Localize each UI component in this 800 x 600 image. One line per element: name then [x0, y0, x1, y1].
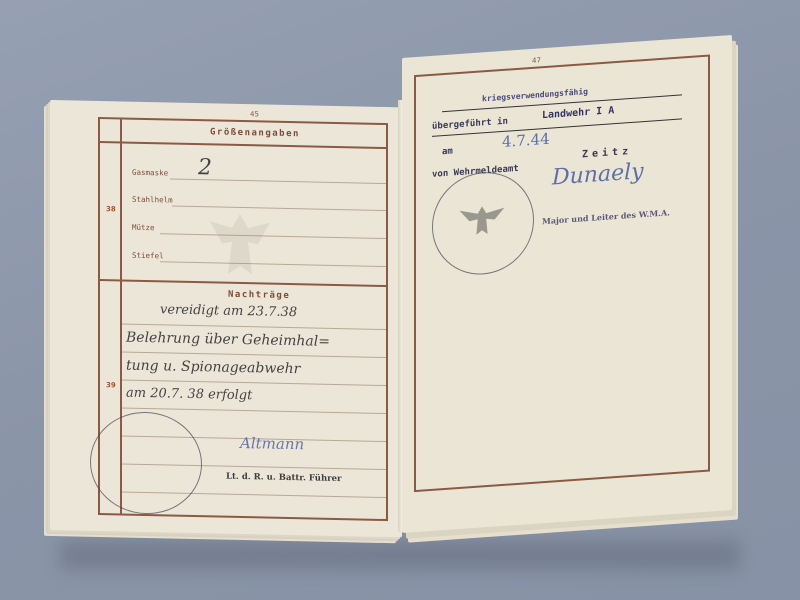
field-value: 2 — [198, 155, 212, 180]
stamp-date-label: am — [442, 146, 453, 157]
page-number: 47 — [532, 56, 541, 65]
field-label: Stahlhelm — [132, 195, 173, 205]
field-label: Gasmaske — [132, 168, 168, 178]
side-number: 39 — [106, 381, 116, 389]
handwritten-line: am 20.7. 38 erfolgt — [126, 386, 252, 404]
left-page: 45 Größenangaben Gasmaske 2 Stahlhelm 38… — [50, 100, 402, 537]
stamp-date-value: 4.7.44 — [502, 130, 550, 151]
eagle-watermark-icon — [200, 203, 280, 285]
page-number: 45 — [250, 110, 259, 118]
signature: Altmann — [240, 434, 304, 453]
field-label: Mütze — [132, 223, 155, 232]
side-number: 38 — [106, 205, 116, 213]
section-title-sizes: Größenangaben — [210, 127, 300, 139]
field-label: Stiefel — [132, 251, 164, 261]
right-page: 47 kriegsverwendungsfähig übergeführt in… — [402, 35, 732, 533]
handwritten-line: vereidigt am 23.7.38 — [160, 302, 297, 320]
eagle-stamp-icon — [454, 190, 510, 250]
section-title-addenda: Nachträge — [228, 290, 290, 301]
booklet-shadow — [60, 540, 740, 570]
